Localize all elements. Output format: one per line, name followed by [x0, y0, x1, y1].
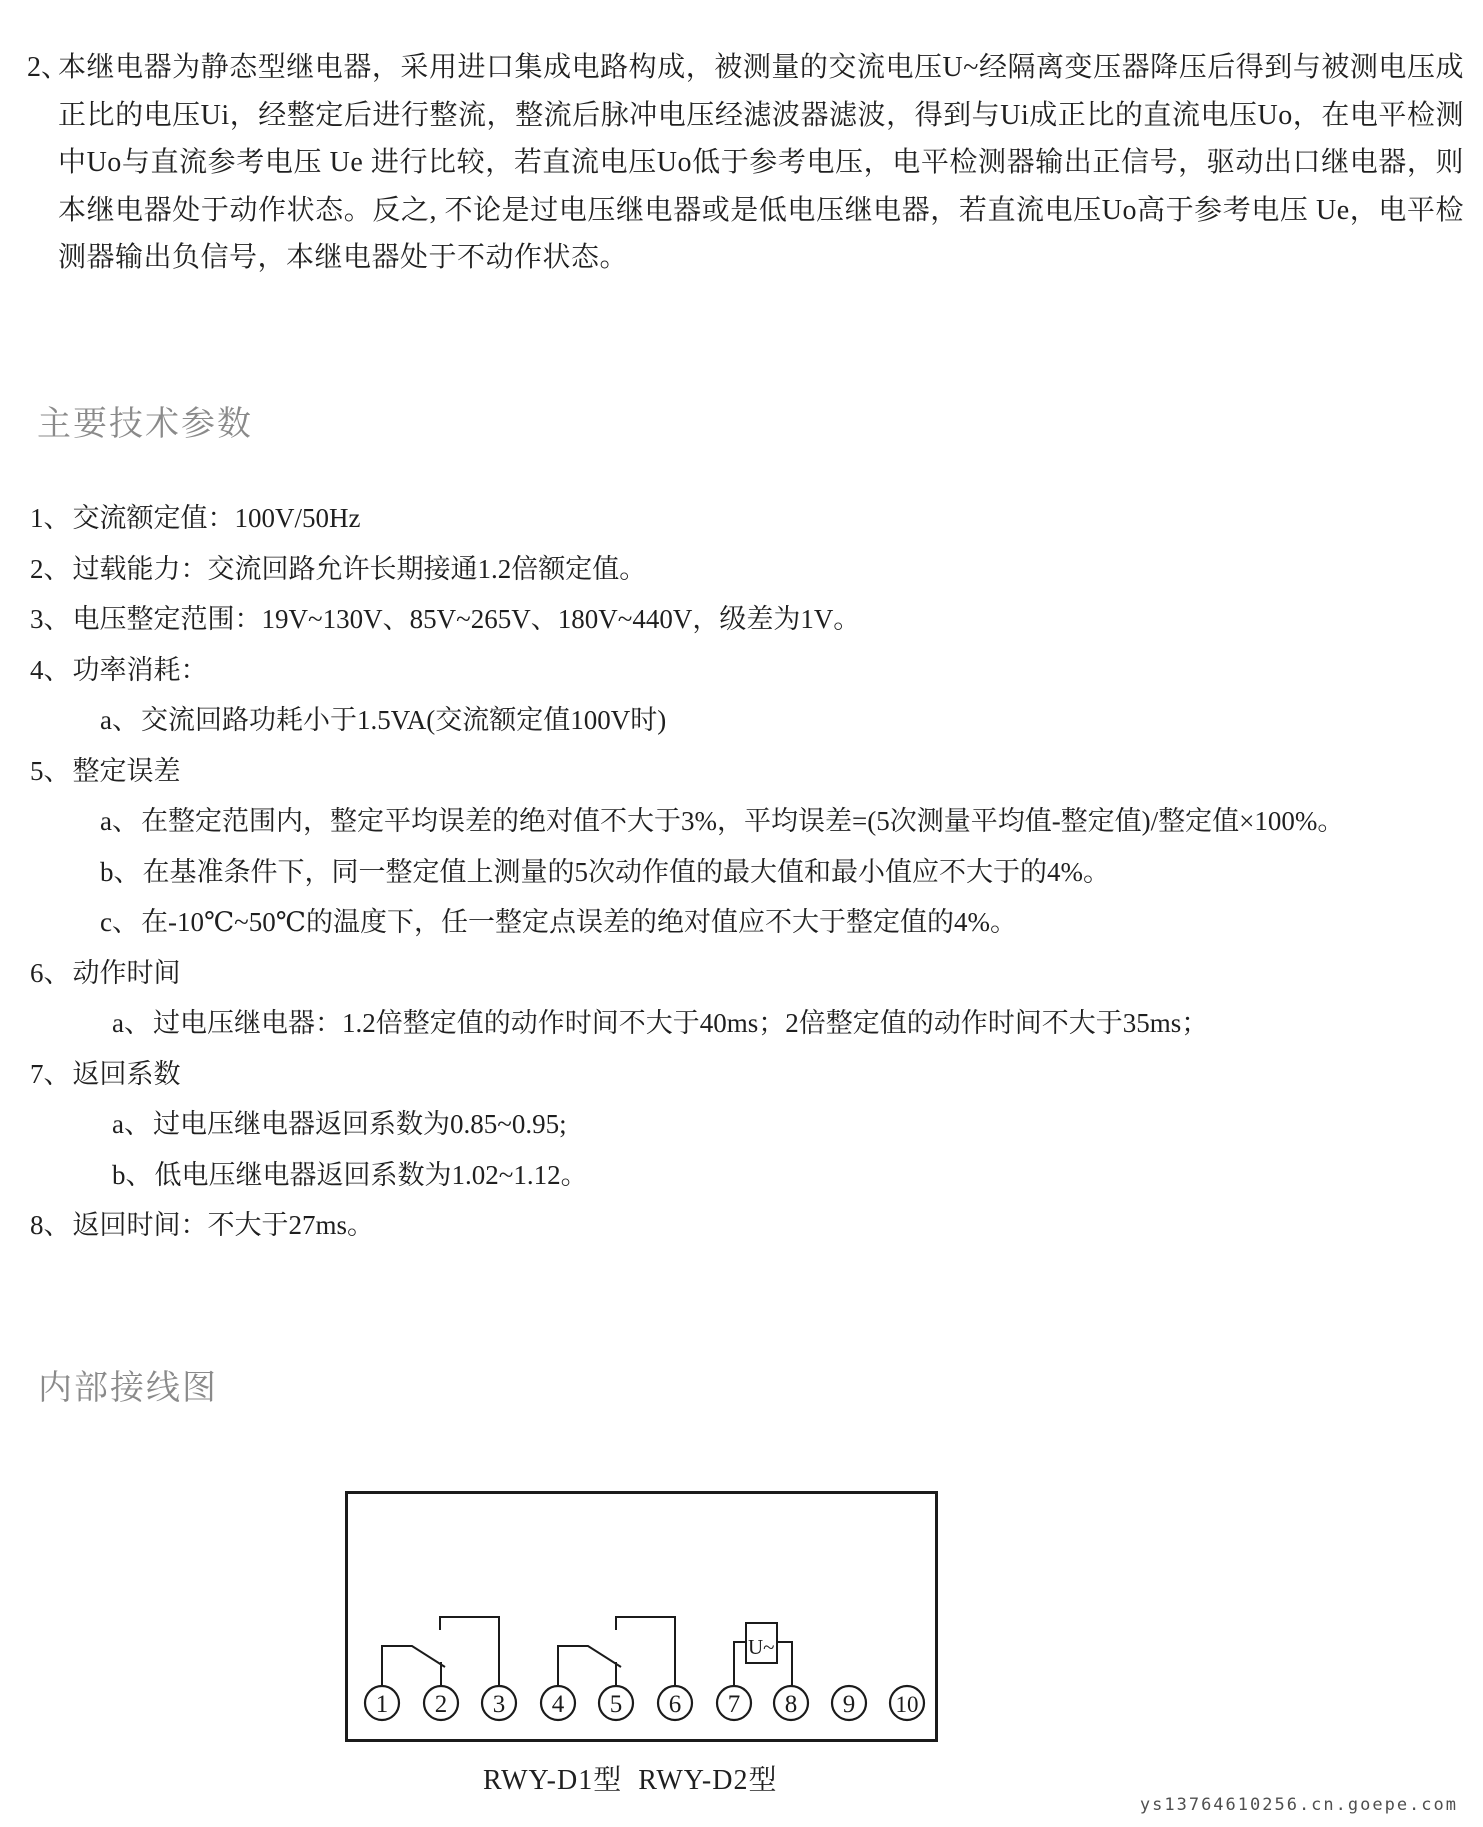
intro-line-2: 正比的电压Ui，经整定后进行整流，整流后脉冲电压经滤波器滤波，得到与Ui成正比的… — [58, 92, 1464, 140]
spec-item-5c: c、在-10℃~50℃的温度下，任一整定点误差的绝对值应不大于整定值的4%。 — [30, 897, 1450, 948]
terminal-label-6: 6 — [669, 1691, 682, 1718]
spec-item-7b: b、低电压继电器返回系数为1.02~1.12。 — [30, 1150, 1450, 1201]
spec-text: 在-10℃~50℃的温度下，任一整定点误差的绝对值应不大于整定值的4%。 — [141, 907, 1017, 937]
spec-label: 1、 — [30, 503, 73, 533]
spec-label: 4、 — [30, 655, 73, 685]
spec-text: 在基准条件下，同一整定值上测量的5次动作值的最大值和最小值应不大于的4%。 — [143, 857, 1111, 887]
spec-item-7: 7、返回系数 — [30, 1049, 1450, 1100]
terminal-label-7: 7 — [728, 1691, 741, 1718]
spec-label: b、 — [112, 1160, 155, 1190]
terminal-label-3: 3 — [493, 1691, 506, 1718]
contact-bracket-3 — [440, 1617, 499, 1686]
intro-item-number: 2、 — [27, 44, 69, 92]
spec-text: 过电压继电器返回系数为0.85~0.95; — [153, 1109, 567, 1139]
watermark-text: ys13764610256.cn.goepe.com — [1140, 1795, 1458, 1815]
spec-label: a、 — [112, 1008, 153, 1038]
spec-item-6: 6、动作时间 — [30, 948, 1450, 999]
spec-label: 8、 — [30, 1210, 73, 1240]
spec-item-2: 2、过载能力：交流回路允许长期接通1.2倍额定值。 — [30, 544, 1450, 595]
spec-label: a、 — [100, 705, 141, 735]
transformer-lead-7 — [734, 1642, 746, 1686]
spec-label: c、 — [100, 907, 141, 937]
spec-text: 交流回路功耗小于1.5VA(交流额定值100V时) — [141, 705, 666, 735]
section-title-wiring-diagram: 内部接线图 — [38, 1369, 218, 1409]
document-page: 2、 本继电器为静态型继电器，采用进口集成电路构成，被测量的交流电压U~经隔离变… — [0, 0, 1483, 1827]
terminal-label-5: 5 — [610, 1691, 623, 1718]
intro-line-1: 本继电器为静态型继电器，采用进口集成电路构成，被测量的交流电压U~经隔离变压器降… — [58, 44, 1464, 92]
spec-text: 过电压继电器：1.2倍整定值的动作时间不大于40ms；2倍整定值的动作时间不大于… — [153, 1008, 1208, 1038]
spec-text: 过载能力：交流回路允许长期接通1.2倍额定值。 — [73, 554, 647, 584]
terminal-label-2: 2 — [435, 1691, 448, 1718]
spec-item-1: 1、交流额定值：100V/50Hz — [30, 493, 1450, 544]
intro-line-4: 本继电器处于动作状态。反之, 不论是过电压继电器或是低电压继电器，若直流电压Uo… — [58, 187, 1464, 235]
terminal-label-10: 10 — [896, 1692, 919, 1717]
spec-text: 整定误差 — [73, 756, 181, 786]
spec-text: 在整定范围内，整定平均误差的绝对值不大于3%，平均误差=(5次测量平均值-整定值… — [141, 806, 1344, 836]
terminal-label-9: 9 — [843, 1691, 856, 1718]
contact-bracket-6 — [616, 1617, 675, 1686]
spec-text: 电压整定范围：19V~130V、85V~265V、180V~440V，级差为1V… — [73, 604, 861, 634]
spec-item-5b: b、在基准条件下，同一整定值上测量的5次动作值的最大值和最小值应不大于的4%。 — [30, 847, 1450, 898]
spec-item-8: 8、返回时间：不大于27ms。 — [30, 1200, 1450, 1251]
terminal-label-1: 1 — [376, 1691, 389, 1718]
spec-label: 3、 — [30, 604, 73, 634]
spec-list: 1、交流额定值：100V/50Hz 2、过载能力：交流回路允许长期接通1.2倍额… — [30, 493, 1450, 1251]
spec-label: a、 — [100, 806, 141, 836]
spec-item-3: 3、电压整定范围：19V~130V、85V~265V、180V~440V，级差为… — [30, 594, 1450, 645]
diagram-caption: RWY-D1型 RWY-D2型 — [483, 1758, 777, 1798]
spec-text: 低电压继电器返回系数为1.02~1.12。 — [155, 1160, 588, 1190]
spec-label: 5、 — [30, 756, 73, 786]
spec-label: 2、 — [30, 554, 73, 584]
spec-text: 交流额定值：100V/50Hz — [73, 503, 361, 533]
intro-line-3: 中Uo与直流参考电压 Ue 进行比较，若直流电压Uo低于参考电压，电平检测器输出… — [58, 139, 1464, 187]
spec-text: 动作时间 — [73, 958, 181, 988]
transformer-label: U~ — [748, 1635, 775, 1659]
terminal-label-4: 4 — [552, 1691, 565, 1718]
spec-item-5: 5、整定误差 — [30, 746, 1450, 797]
spec-item-5a: a、在整定范围内，整定平均误差的绝对值不大于3%，平均误差=(5次测量平均值-整… — [30, 796, 1450, 847]
intro-paragraph: 2、 本继电器为静态型继电器，采用进口集成电路构成，被测量的交流电压U~经隔离变… — [27, 44, 1464, 282]
spec-label: b、 — [100, 857, 143, 887]
contact-blade-4 — [558, 1646, 621, 1686]
spec-label: a、 — [112, 1109, 153, 1139]
spec-label: 6、 — [30, 958, 73, 988]
spec-item-7a: a、过电压继电器返回系数为0.85~0.95; — [30, 1099, 1450, 1150]
spec-item-4: 4、功率消耗： — [30, 645, 1450, 696]
spec-label: 7、 — [30, 1059, 73, 1089]
spec-text: 功率消耗： — [73, 655, 208, 685]
transformer-lead-8 — [777, 1642, 792, 1686]
spec-item-6a: a、过电压继电器：1.2倍整定值的动作时间不大于40ms；2倍整定值的动作时间不… — [30, 998, 1450, 1049]
spec-item-4a: a、交流回路功耗小于1.5VA(交流额定值100V时) — [30, 695, 1450, 746]
contact-blade-1 — [382, 1646, 445, 1686]
intro-line-5: 测器输出负信号，本继电器处于不动作状态。 — [58, 234, 1464, 282]
section-title-tech-params: 主要技术参数 — [37, 405, 253, 445]
wiring-diagram: U~ 1 2 3 4 5 6 7 8 9 10 — [345, 1491, 938, 1742]
spec-text: 返回时间：不大于27ms。 — [73, 1210, 375, 1240]
terminal-label-8: 8 — [785, 1691, 798, 1718]
spec-text: 返回系数 — [73, 1059, 181, 1089]
